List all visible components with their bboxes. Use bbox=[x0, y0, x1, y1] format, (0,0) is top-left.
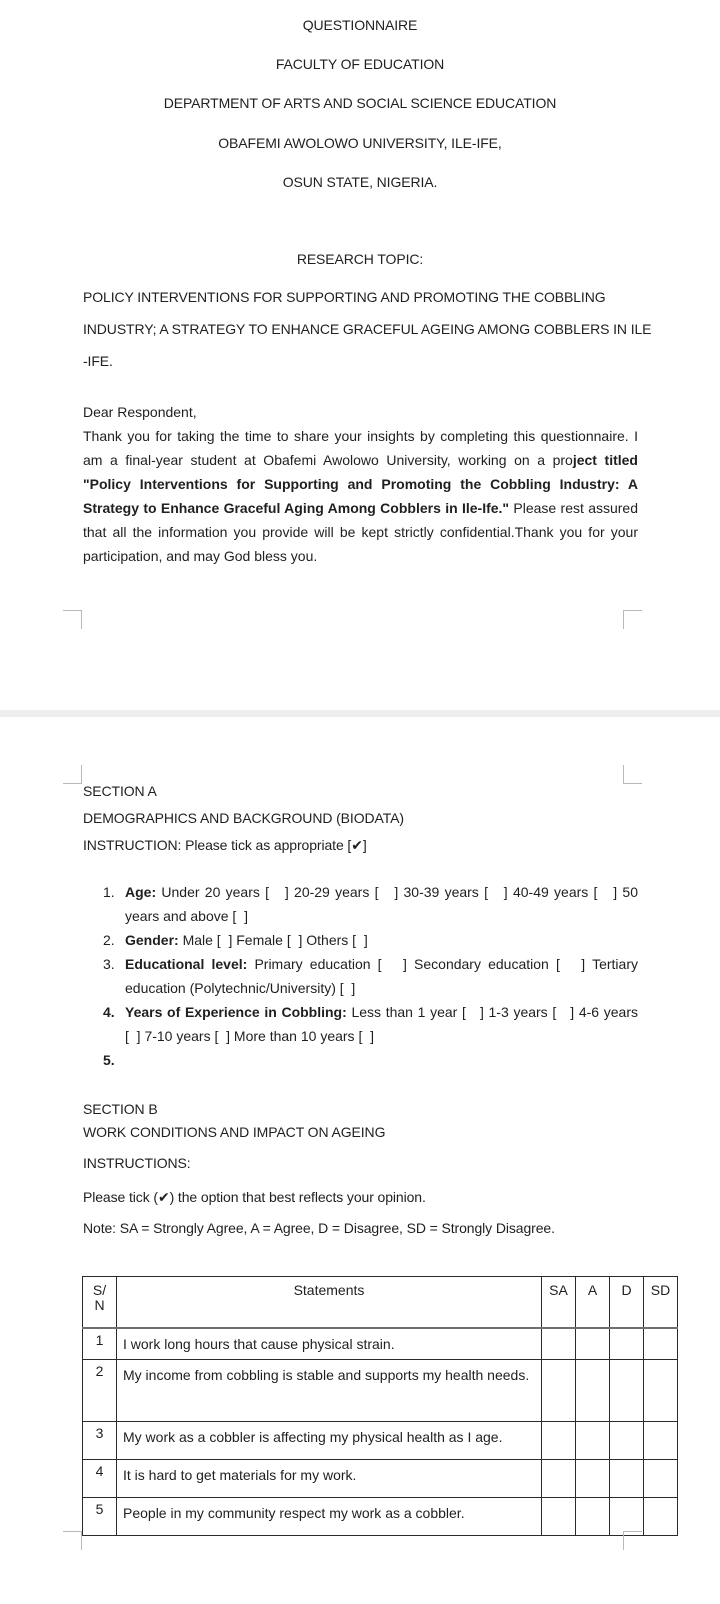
crop-mark-bottom-right-2 bbox=[623, 1531, 642, 1550]
tick-cell-d[interactable] bbox=[610, 1422, 644, 1460]
crop-mark-top-right bbox=[623, 765, 642, 784]
crop-mark-bottom-left-2 bbox=[63, 1531, 82, 1550]
question-options[interactable]: Under 20 years [ ] 20-29 years [ ] 30-39… bbox=[125, 884, 638, 924]
table-row: 5 People in my community respect my work… bbox=[83, 1498, 678, 1536]
question-options[interactable]: Male [ ] Female [ ] Others [ ] bbox=[179, 932, 368, 948]
department-name: DEPARTMENT OF ARTS AND SOCIAL SCIENCE ED… bbox=[0, 95, 720, 111]
row-number: 4 bbox=[83, 1460, 117, 1498]
question-label: Gender: bbox=[125, 932, 179, 948]
tick-cell-d[interactable] bbox=[610, 1460, 644, 1498]
row-statement: It is hard to get materials for my work. bbox=[117, 1460, 542, 1498]
instruction-label: INSTRUCTION: bbox=[83, 837, 181, 853]
research-topic-label: RESEARCH TOPIC: bbox=[0, 251, 720, 267]
header-sa: SA bbox=[542, 1277, 576, 1329]
question-label: Educational level: bbox=[125, 956, 247, 972]
question-education: 3.Educational level: Primary education [… bbox=[103, 952, 638, 1000]
tick-cell-a[interactable] bbox=[576, 1328, 610, 1360]
crop-mark-top-left bbox=[63, 765, 82, 784]
question-gender: 2.Gender: Male [ ] Female [ ] Others [ ] bbox=[103, 928, 638, 952]
tick-cell-sa[interactable] bbox=[542, 1328, 576, 1360]
row-number: 3 bbox=[83, 1422, 117, 1460]
tick-cell-a[interactable] bbox=[576, 1360, 610, 1422]
question-number: 2. bbox=[103, 928, 115, 952]
demographic-questions: 1.Age: Under 20 years [ ] 20-29 years [ … bbox=[103, 880, 638, 1072]
letter-salutation: Dear Respondent, bbox=[83, 400, 638, 424]
row-statement: My income from cobbling is stable and su… bbox=[117, 1360, 542, 1422]
question-label: Age: bbox=[125, 884, 156, 900]
tick-cell-sa[interactable] bbox=[542, 1360, 576, 1422]
table-row: 3 My work as a cobbler is affecting my p… bbox=[83, 1422, 678, 1460]
section-b-instruction: Please tick (✔) the option that best ref… bbox=[83, 1189, 426, 1206]
header-sd: SD bbox=[644, 1277, 678, 1329]
header-statements: Statements bbox=[117, 1277, 542, 1329]
questionnaire-title: QUESTIONNAIRE bbox=[0, 17, 720, 33]
faculty-name: FACULTY OF EDUCATION bbox=[0, 56, 720, 72]
section-a-title: SECTION A bbox=[83, 783, 157, 799]
section-a-subtitle: DEMOGRAPHICS AND BACKGROUND (BIODATA) bbox=[83, 810, 404, 826]
row-number: 2 bbox=[83, 1360, 117, 1422]
page-separator bbox=[0, 710, 720, 717]
row-number: 5 bbox=[83, 1498, 117, 1536]
tick-cell-sd[interactable] bbox=[644, 1360, 678, 1422]
question-number: 5. bbox=[103, 1048, 115, 1072]
header-a: A bbox=[576, 1277, 610, 1329]
row-statement: My work as a cobbler is affecting my phy… bbox=[117, 1422, 542, 1460]
rating-scale-note: Note: SA = Strongly Agree, A = Agree, D … bbox=[83, 1220, 555, 1236]
research-topic-line-3: -IFE. bbox=[83, 353, 113, 369]
table-row: 2 My income from cobbling is stable and … bbox=[83, 1360, 678, 1422]
tick-cell-sa[interactable] bbox=[542, 1498, 576, 1536]
section-b-subtitle: WORK CONDITIONS AND IMPACT ON AGEING bbox=[83, 1124, 385, 1140]
table-row: 4 It is hard to get materials for my wor… bbox=[83, 1460, 678, 1498]
section-a-instruction: INSTRUCTION: Please tick as appropriate … bbox=[83, 837, 367, 854]
row-number: 1 bbox=[83, 1328, 117, 1360]
tick-cell-a[interactable] bbox=[576, 1460, 610, 1498]
tick-cell-sa[interactable] bbox=[542, 1460, 576, 1498]
instruction-text: Please tick as appropriate [✔] bbox=[181, 837, 366, 853]
tick-cell-sd[interactable] bbox=[644, 1422, 678, 1460]
question-label: Years of Experience in Cobbling: bbox=[125, 1004, 347, 1020]
header-d: D bbox=[610, 1277, 644, 1329]
research-topic-line-2: INDUSTRY; A STRATEGY TO ENHANCE GRACEFUL… bbox=[83, 321, 651, 337]
tick-cell-d[interactable] bbox=[610, 1360, 644, 1422]
question-empty-5: 5. bbox=[103, 1048, 638, 1072]
row-statement: I work long hours that cause physical st… bbox=[117, 1328, 542, 1360]
section-b-instructions-label: INSTRUCTIONS: bbox=[83, 1155, 191, 1171]
tick-cell-sd[interactable] bbox=[644, 1460, 678, 1498]
crop-mark-bottom-right bbox=[623, 610, 642, 629]
question-number: 4. bbox=[103, 1000, 115, 1024]
letter-body: Thank you for taking the time to share y… bbox=[83, 424, 638, 568]
tick-cell-sd[interactable] bbox=[644, 1498, 678, 1536]
row-statement: People in my community respect my work a… bbox=[117, 1498, 542, 1536]
question-age: 1.Age: Under 20 years [ ] 20-29 years [ … bbox=[103, 880, 638, 928]
cover-letter: Dear Respondent, Thank you for taking th… bbox=[83, 400, 638, 568]
tick-cell-d[interactable] bbox=[610, 1328, 644, 1360]
tick-cell-sd[interactable] bbox=[644, 1328, 678, 1360]
letter-body-part-1: Thank you for taking the time to share y… bbox=[83, 428, 638, 468]
question-number: 3. bbox=[103, 952, 115, 976]
tick-cell-a[interactable] bbox=[576, 1498, 610, 1536]
statements-table: S/ N Statements SA A D SD 1 I work long … bbox=[82, 1276, 678, 1536]
university-name: OBAFEMI AWOLOWO UNIVERSITY, ILE-IFE, bbox=[0, 135, 720, 151]
table-row: 1 I work long hours that cause physical … bbox=[83, 1328, 678, 1360]
research-topic-line-1: POLICY INTERVENTIONS FOR SUPPORTING AND … bbox=[83, 289, 606, 305]
tick-cell-d[interactable] bbox=[610, 1498, 644, 1536]
question-experience: 4.Years of Experience in Cobbling: Less … bbox=[103, 1000, 638, 1048]
crop-mark-bottom-left bbox=[63, 610, 82, 629]
tick-cell-sa[interactable] bbox=[542, 1422, 576, 1460]
question-number: 1. bbox=[103, 880, 115, 904]
state-name: OSUN STATE, NIGERIA. bbox=[0, 174, 720, 190]
header-sn: S/ N bbox=[83, 1277, 117, 1329]
section-b-title: SECTION B bbox=[83, 1101, 158, 1117]
tick-cell-a[interactable] bbox=[576, 1422, 610, 1460]
